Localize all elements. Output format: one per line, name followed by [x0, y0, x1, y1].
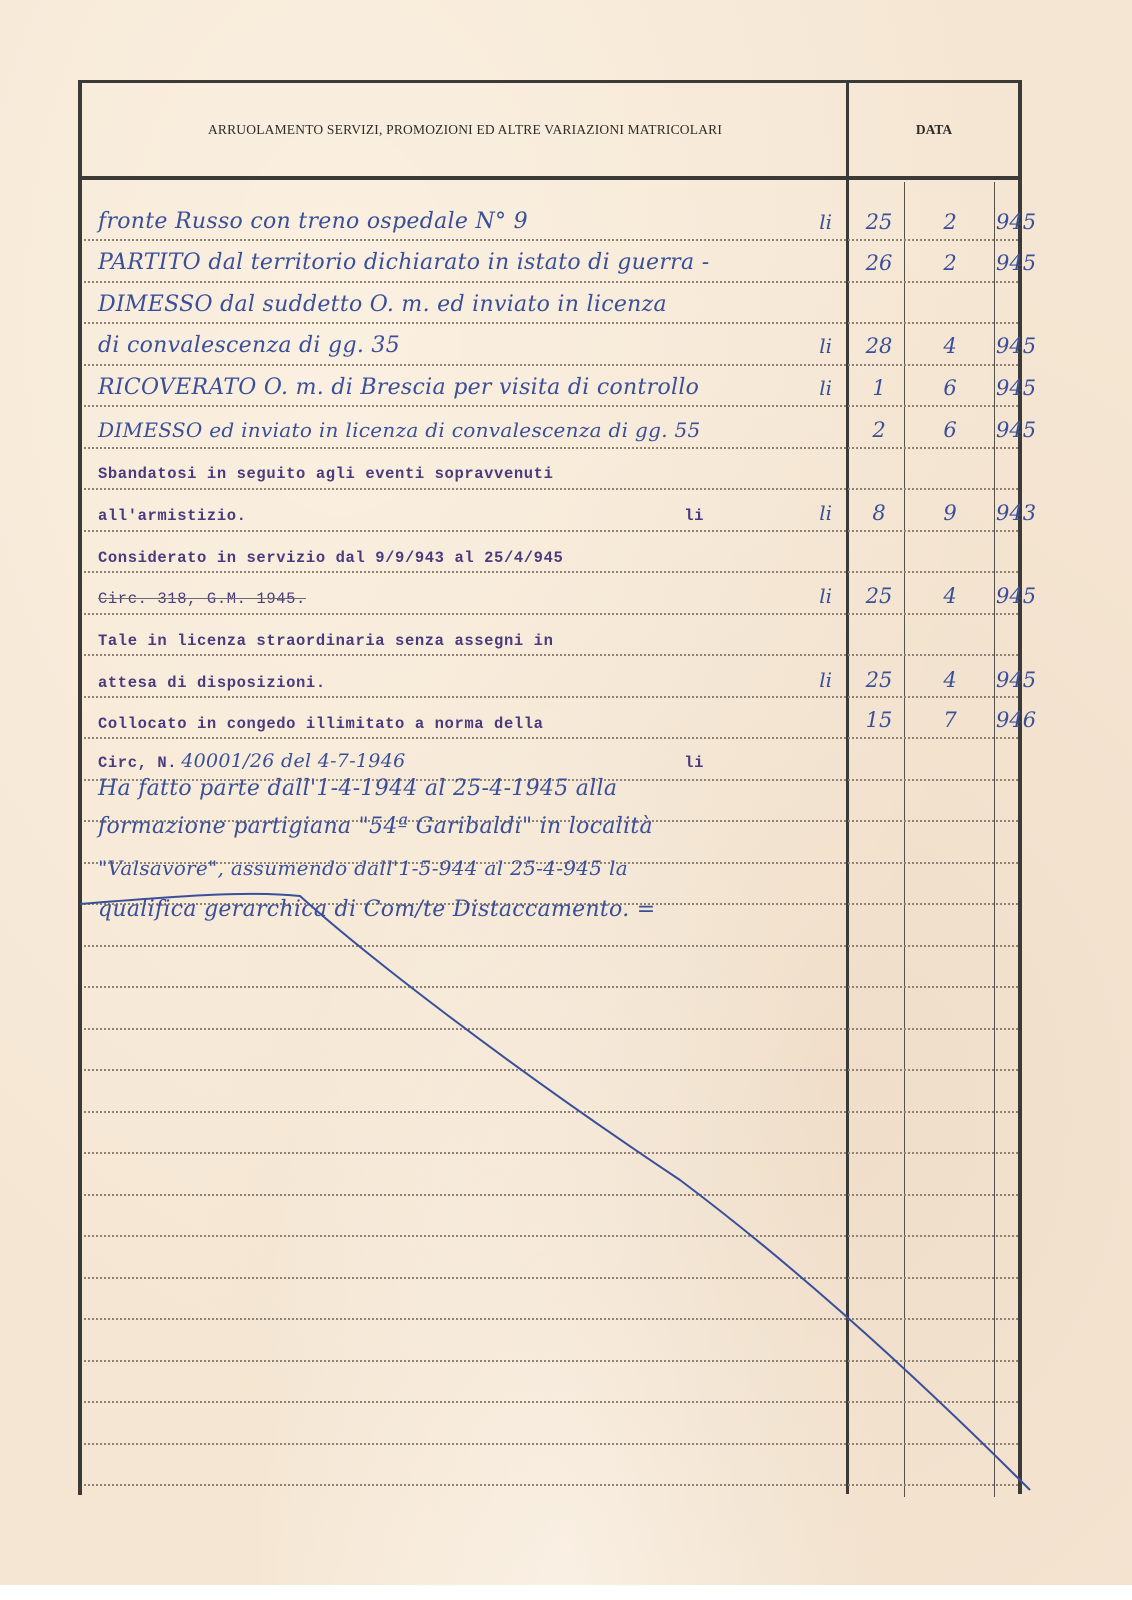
entry-place: li	[819, 376, 832, 400]
date-month: 4	[906, 584, 994, 608]
entry-text: Sbandatosi in seguito agli eventi soprav…	[98, 465, 553, 483]
date-day: 8	[852, 501, 906, 525]
date-year: 945	[996, 334, 1036, 358]
entry-row: di convalescenza di gg. 35 li 28 4 945	[84, 321, 1014, 362]
entry-text: qualifica gerarchica di Com/te Distaccam…	[98, 897, 656, 922]
entry-row: Considerato in servizio dal 9/9/943 al 2…	[84, 530, 1014, 571]
entry-row: DIMESSO ed inviato in licenza di convale…	[84, 405, 1014, 446]
entry-row: all'armistizio. li li 8 9 943	[84, 488, 1014, 529]
entry-text: Circ. 318, G.M. 1945.	[98, 590, 306, 608]
date-day: 25	[852, 210, 906, 234]
entry-place: li	[819, 501, 832, 525]
date-month: 9	[906, 501, 994, 525]
date-day: 25	[852, 668, 906, 692]
ruled-line	[84, 1401, 1018, 1403]
entry-place: li	[819, 584, 832, 608]
date-day: 28	[852, 334, 906, 358]
date-month: 6	[906, 376, 994, 400]
date-month: 2	[906, 210, 994, 234]
entry-text: DIMESSO ed inviato in licenza di convale…	[98, 418, 701, 442]
ruled-line	[84, 1318, 1018, 1320]
entry-text: PARTITO dal territorio dichiarato in ist…	[98, 250, 709, 275]
date-year: 945	[996, 376, 1036, 400]
date-year: 945	[996, 668, 1036, 692]
frame-corner	[78, 1488, 82, 1495]
ruled-line	[84, 1360, 1018, 1362]
ruled-line	[84, 986, 1018, 988]
ruled-line	[84, 945, 1018, 947]
entry-text: formazione partigiana "54ª Garibaldi" in…	[98, 814, 653, 839]
entry-row: Circ. 318, G.M. 1945. li 25 4 945	[84, 571, 1014, 612]
date-year: 945	[996, 584, 1036, 608]
entry-text: Considerato in servizio dal 9/9/943 al 2…	[98, 549, 563, 567]
entry-text: all'armistizio.	[98, 507, 247, 525]
date-day: 1	[852, 376, 906, 400]
ruled-line	[84, 1069, 1018, 1071]
date-year: 945	[996, 210, 1036, 234]
date-day: 2	[852, 418, 906, 442]
entry-row: PARTITO dal territorio dichiarato in ist…	[84, 238, 1014, 279]
entry-row: Sbandatosi in seguito agli eventi soprav…	[84, 446, 1014, 487]
entry-row: formazione partigiana "54ª Garibaldi" in…	[84, 802, 1014, 843]
entry-trailing-li: li	[684, 507, 704, 525]
date-month: 4	[906, 668, 994, 692]
entry-text: Ha fatto parte dall'1-4-1944 al 25-4-194…	[98, 776, 617, 801]
entry-text: fronte Russo con treno ospedale N° 9	[98, 209, 528, 234]
entry-text: attesa di disposizioni.	[98, 674, 326, 692]
entry-text: Tale in licenza straordinaria senza asse…	[98, 632, 553, 650]
entry-text: di convalescenza di gg. 35	[98, 333, 400, 358]
entry-text: RICOVERATO O. m. di Brescia per visita d…	[98, 375, 699, 400]
entry-text: "Valsavore", assumendo dall'1-5-944 al 2…	[98, 856, 628, 880]
date-year: 945	[996, 251, 1036, 275]
entry-row: fronte Russo con treno ospedale N° 9 li …	[84, 197, 1014, 238]
date-year: 945	[996, 418, 1036, 442]
entry-place: li	[819, 334, 832, 358]
date-month: 7	[906, 708, 994, 732]
ruled-line	[84, 1152, 1018, 1154]
entry-row: Tale in licenza straordinaria senza asse…	[84, 613, 1014, 654]
entry-text: DIMESSO dal suddetto O. m. ed inviato in…	[98, 292, 667, 317]
date-day: 15	[852, 708, 906, 732]
entry-place: li	[819, 668, 832, 692]
ruled-line	[84, 1194, 1018, 1196]
entry-row: qualifica gerarchica di Com/te Distaccam…	[84, 885, 1014, 926]
entry-place: li	[819, 210, 832, 234]
ruled-line	[84, 1111, 1018, 1113]
ruled-line	[84, 1277, 1018, 1279]
date-day: 25	[852, 584, 906, 608]
entry-row: "Valsavore", assumendo dall'1-5-944 al 2…	[84, 843, 1014, 884]
ruled-line	[84, 1484, 1018, 1486]
ruled-line	[84, 1443, 1018, 1445]
date-month: 4	[906, 334, 994, 358]
date-year: 943	[996, 501, 1036, 525]
ruled-line	[84, 1028, 1018, 1030]
date-month: 2	[906, 251, 994, 275]
entry-row: attesa di disposizioni. li 25 4 945	[84, 655, 1014, 696]
date-month: 6	[906, 418, 994, 442]
entry-row: DIMESSO dal suddetto O. m. ed inviato in…	[84, 280, 1014, 321]
entry-row: RICOVERATO O. m. di Brescia per visita d…	[84, 363, 1014, 404]
date-day: 26	[852, 251, 906, 275]
ruled-line	[84, 1235, 1018, 1237]
entry-text: Collocato in congedo illimitato a norma …	[98, 715, 544, 733]
entry-row: Ha fatto parte dall'1-4-1944 al 25-4-194…	[84, 764, 1014, 805]
date-year: 946	[996, 708, 1036, 732]
